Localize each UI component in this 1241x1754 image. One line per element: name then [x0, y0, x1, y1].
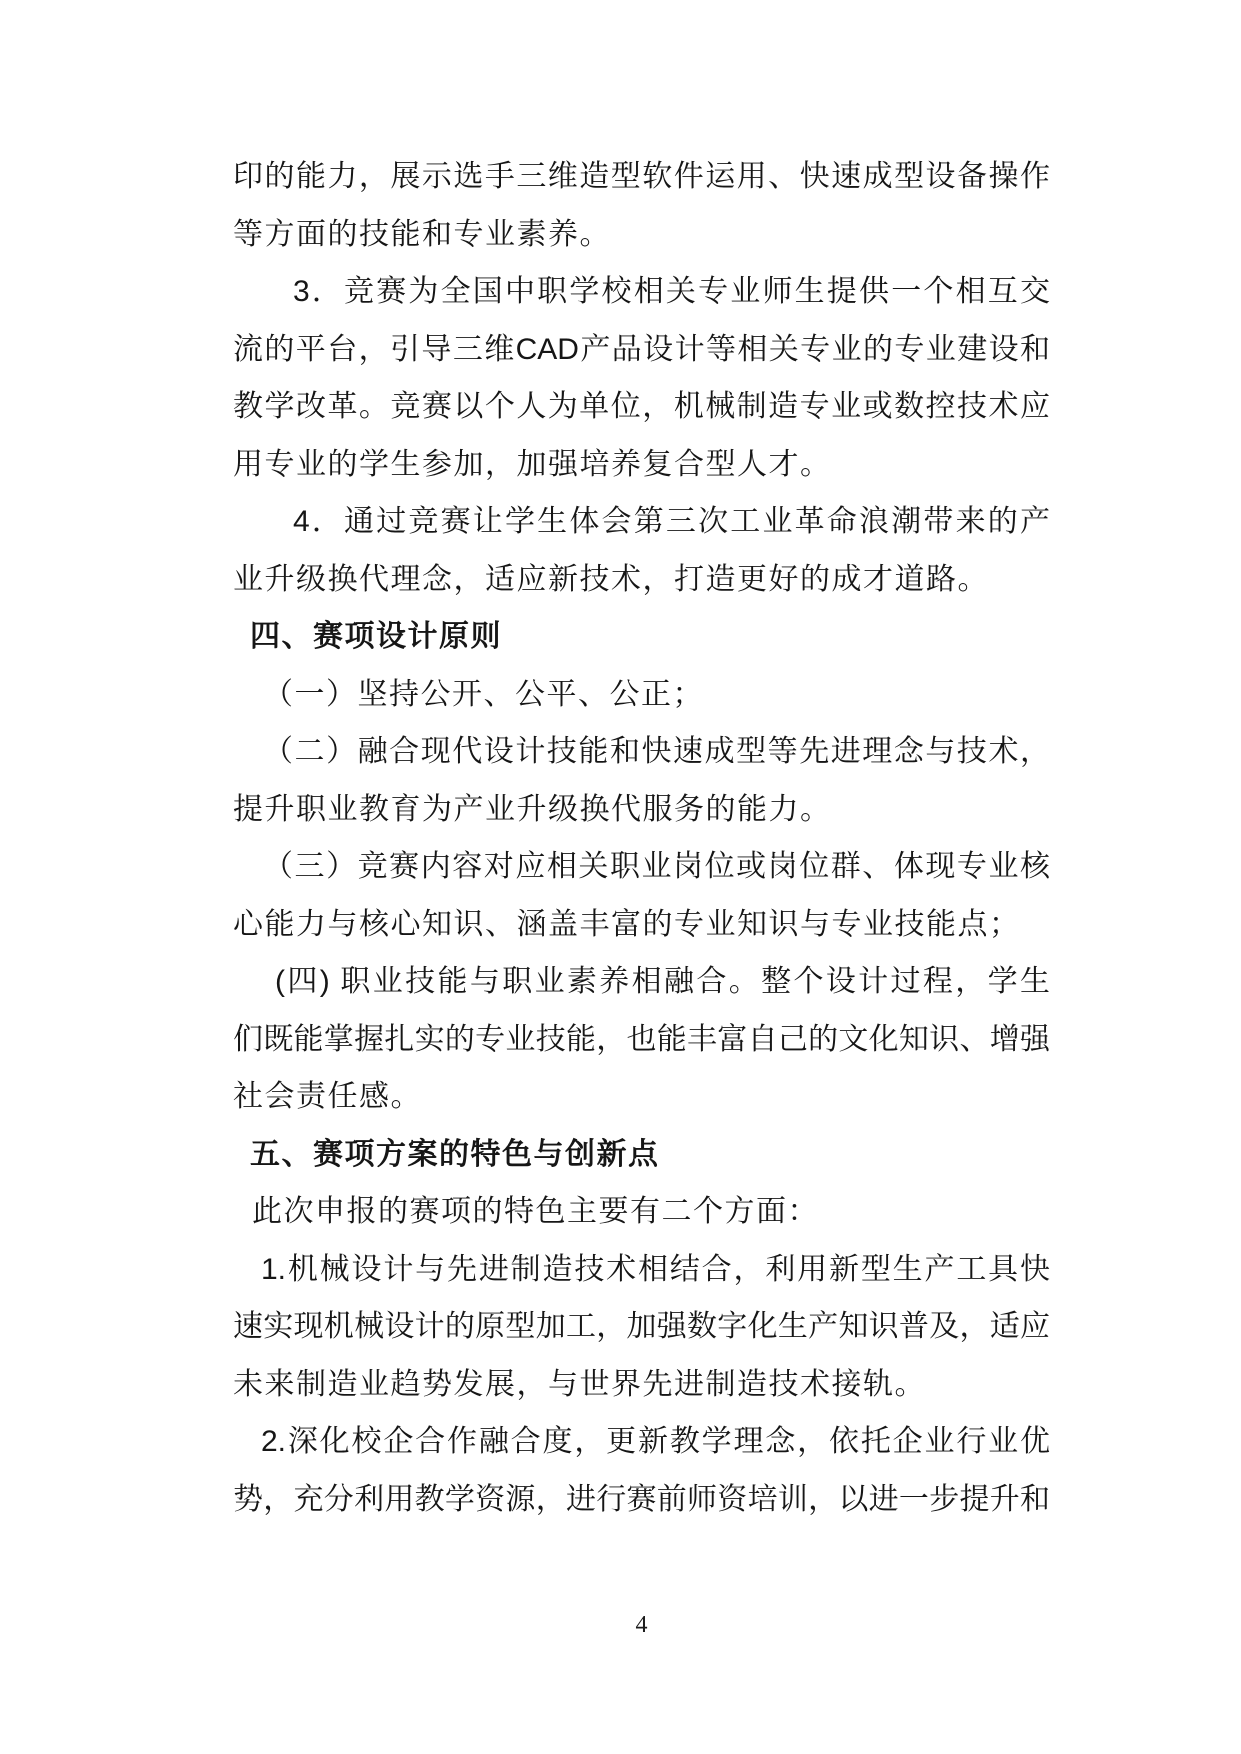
text-line: 社会责任感。 [233, 1068, 1050, 1126]
text-line: 未来制造业趋势发展，与世界先进制造技术接轨。 [233, 1356, 1050, 1414]
text-line: 心能力与核心知识、涵盖丰富的专业知识与专业技能点； [233, 896, 1050, 954]
text-line: 流的平台，引导三维CAD产品设计等相关专业的专业建设和 [233, 321, 1050, 379]
text-line: 业升级换代理念，适应新技术，打造更好的成才道路。 [233, 551, 1050, 609]
text-line: 3．竞赛为全国中职学校相关专业师生提供一个相互交 [233, 263, 1050, 321]
text-line: 们既能掌握扎实的专业技能，也能丰富自己的文化知识、增强 [233, 1011, 1050, 1069]
text-line: 用专业的学生参加，加强培养复合型人才。 [233, 436, 1050, 494]
section-heading: 五、赛项方案的特色与创新点 [233, 1126, 1050, 1184]
document-page: 印的能力，展示选手三维造型软件运用、快速成型设备操作等方面的技能和专业素养。3．… [0, 0, 1241, 1754]
text-line: 印的能力，展示选手三维造型软件运用、快速成型设备操作 [233, 148, 1050, 206]
text-line: (四) 职业技能与职业素养相融合。整个设计过程，学生 [233, 953, 1050, 1011]
text-line: 教学改革。竞赛以个人为单位，机械制造专业或数控技术应 [233, 378, 1050, 436]
document-text-block: 印的能力，展示选手三维造型软件运用、快速成型设备操作等方面的技能和专业素养。3．… [233, 148, 1050, 1528]
text-line: 1.机械设计与先进制造技术相结合，利用新型生产工具快 [233, 1241, 1050, 1299]
page-number: 4 [233, 1612, 1050, 1639]
text-line: 等方面的技能和专业素养。 [233, 206, 1050, 264]
text-line: 提升职业教育为产业升级换代服务的能力。 [233, 781, 1050, 839]
text-line: 2.深化校企合作融合度，更新教学理念，依托企业行业优 [233, 1413, 1050, 1471]
text-line: （一）坚持公开、公平、公正； [233, 666, 1050, 724]
text-line: （三）竞赛内容对应相关职业岗位或岗位群、体现专业核 [233, 838, 1050, 896]
text-line: （二）融合现代设计技能和快速成型等先进理念与技术， [233, 723, 1050, 781]
text-line: 速实现机械设计的原型加工，加强数字化生产知识普及，适应 [233, 1298, 1050, 1356]
section-heading: 四、赛项设计原则 [233, 608, 1050, 666]
text-line: 4．通过竞赛让学生体会第三次工业革命浪潮带来的产 [233, 493, 1050, 551]
text-line: 势，充分利用教学资源，进行赛前师资培训，以进一步提升和 [233, 1471, 1050, 1529]
text-line: 此次申报的赛项的特色主要有二个方面： [233, 1183, 1050, 1241]
